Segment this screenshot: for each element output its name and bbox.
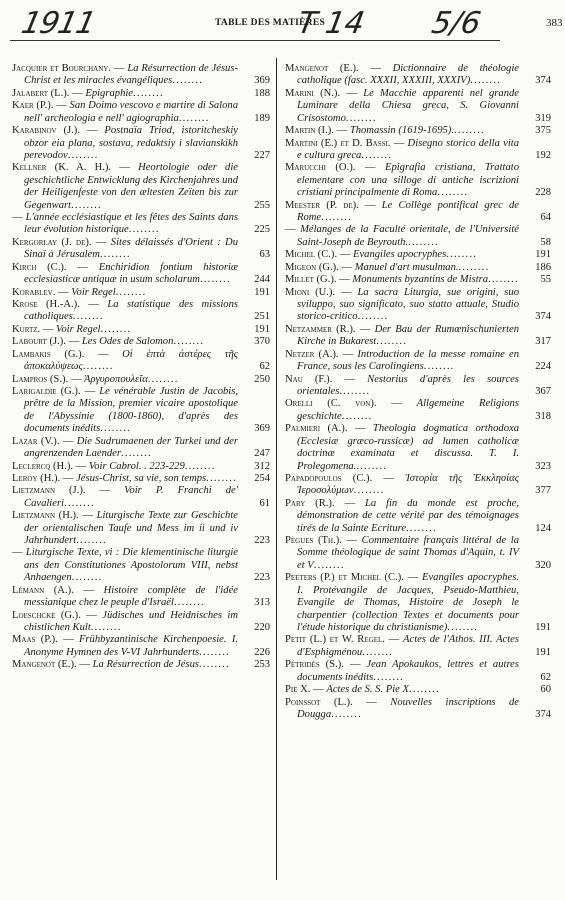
dot-leader: ........ (437, 187, 468, 198)
entry-author: Larigaldie (G.). (12, 386, 81, 397)
entry-text: Jalabert (L.). — Epigraphie........ (12, 88, 238, 100)
entry-separator: — (337, 249, 353, 260)
entry-separator: — (69, 88, 85, 99)
entry-author: Millet (G.). (285, 274, 337, 285)
entry-text: Leclercq (H.). — Voir Cabrol. . 223-229.… (12, 461, 238, 473)
entry-text: Korablev. — Voir Regel........ (12, 287, 238, 299)
index-entry: — Liturgische Texte, vi : Die klementini… (12, 547, 272, 584)
entry-text: Netzammer (R.). — Der Bau der Rumœnischu… (285, 324, 519, 349)
entry-page-number: 61 (260, 498, 271, 510)
entry-text: Marini (N.). — Le Macchie apparenti nel … (285, 88, 519, 125)
entry-text: Martini (E.) et D. Bassi. — Disegno stor… (285, 138, 519, 163)
index-entry: Pègues (Th.). — Commentaire français lit… (285, 535, 553, 572)
index-entry: Lietzmann (H.). — Liturgische Texte zur … (12, 510, 272, 547)
index-entry: Mangenot (E.). — La Résurrection de Jésu… (12, 659, 272, 671)
entry-author: Karabinov (J.). (12, 125, 80, 136)
dot-leader: ........ (470, 75, 501, 86)
entry-author: Kergorlay (J. de). (12, 237, 92, 248)
entry-page-number: 191 (535, 622, 551, 634)
index-column-left: Jacquier et Bourchany. — La Résurrection… (12, 63, 272, 672)
entry-page-number: 191 (254, 324, 270, 336)
dot-leader: ........ (424, 361, 455, 372)
entry-author: Kurtz. (12, 324, 40, 335)
index-entry: Petit (L.) et W. Regel. — Actes de l'Ath… (285, 634, 553, 659)
entry-text: Kellner (K. A. H.). — Heortologie oder d… (12, 162, 238, 212)
entry-text: Lietzmann (H.). — Liturgische Texte zur … (12, 510, 238, 547)
entry-title: Ἀργυροπουλεῖα (84, 374, 148, 385)
dot-leader: ........ (73, 311, 104, 322)
entry-page-number: 244 (254, 274, 270, 286)
dot-leader: ........ (331, 709, 362, 720)
index-entry: Pary (R.). — La fin du monde est proche,… (285, 498, 553, 535)
entry-title: Thomassin (1619-1695). (350, 125, 454, 136)
entry-text: Poinssot (L.). — Nouvelles inscriptions … (285, 697, 519, 722)
entry-author: Maas (P.). (12, 634, 58, 645)
page-number: 383 (546, 17, 563, 29)
index-entry: Marucchi (O.). — Epigrafia cristiana, Tr… (285, 162, 553, 199)
entry-page-number: 226 (254, 647, 270, 659)
entry-title: Monuments byzantins de Mistra (352, 274, 488, 285)
entry-page-number: 313 (254, 597, 270, 609)
entry-separator: — (80, 125, 104, 136)
entry-author: Lémann (A.). (12, 585, 74, 596)
entry-text: Labourt (J.). — Les Odes de Salomon.....… (12, 336, 238, 348)
index-entry: Lazar (V.). — Die Sudrumaenen der Turkei… (12, 436, 272, 461)
entry-text: — Liturgische Texte, vi : Die klementini… (12, 547, 238, 584)
entry-author: Lietzmann (J.). (12, 485, 86, 496)
index-entry: Martini (E.) et D. Bassi. — Disegno stor… (285, 138, 553, 163)
entry-text: Leroy (H.). — Jésus-Christ, sa vie, son … (12, 473, 238, 485)
entry-author: Korablev. (12, 287, 55, 298)
dot-leader: ........ (406, 523, 437, 534)
entry-page-number: 250 (254, 374, 270, 386)
entry-title: Voir Regel (71, 287, 115, 298)
entry-separator: — (59, 436, 76, 447)
dot-leader: ........ (83, 361, 114, 372)
entry-author: Pie X. (285, 684, 310, 695)
entry-separator: — (81, 386, 100, 397)
entry-page-number: 62 (260, 361, 271, 373)
entry-text: Lietzmann (J.). — Voir P. Franchi de' Ca… (12, 485, 238, 510)
entry-separator: — (66, 336, 82, 347)
index-entry: Jalabert (L.). — Epigraphie........188 (12, 88, 272, 100)
dot-leader: ........ (71, 200, 102, 211)
entry-author: Peeters (P.) et Michel (C.). (285, 572, 404, 583)
entry-separator: — (80, 299, 107, 310)
dot-leader: ........ (121, 448, 152, 459)
entry-author: Lampros (S.). (12, 374, 68, 385)
dot-leader: ........ (409, 684, 440, 695)
index-entry: Migeon (G.). — Manuel d'art musulman....… (285, 262, 553, 274)
entry-text: Loeschcke (G.). — Jüdisches und Heidnisc… (12, 610, 238, 635)
dot-leader: ........ (206, 473, 237, 484)
dot-leader: ........ (68, 150, 99, 161)
entry-text: Lazar (V.). — Die Sudrumaenen der Turkei… (12, 436, 238, 461)
entry-page-number: 124 (535, 523, 551, 535)
dot-leader: ........ (179, 113, 210, 124)
entry-text: Pary (R.). — La fin du monde est proche,… (285, 498, 519, 535)
page-header: 1911 TABLE DES MATIÈRES T 14 5/6 383 (0, 0, 565, 44)
index-entry: Mioni (U.). — La sacra Liturgia, sue ori… (285, 287, 553, 324)
entry-page-number: 367 (535, 386, 551, 398)
entry-page-number: 223 (254, 535, 270, 547)
dot-leader: ........ (200, 274, 231, 285)
entry-page-number: 323 (535, 461, 551, 473)
entry-author: Martin (I.). (285, 125, 334, 136)
entry-separator: — (68, 374, 84, 385)
index-entry: Pétridès (S.). — Jean Apokaukos, lettres… (285, 659, 553, 684)
entry-text: Michel (C.). — Evangiles apocryphes.....… (285, 249, 519, 261)
index-entry: Kurtz. — Voir Regel........191 (12, 324, 272, 336)
entry-separator: — (334, 125, 350, 136)
entry-page-number: 62 (541, 672, 552, 684)
entry-separator: — (337, 274, 353, 285)
dot-leader: ........ (354, 485, 385, 496)
index-entry: — Mélanges de la Faculté orientale, de l… (285, 224, 553, 249)
entry-separator: — (342, 535, 362, 546)
entry-separator: — (77, 659, 93, 670)
dot-leader: ........ (174, 597, 205, 608)
dot-leader: ........ (173, 336, 204, 347)
dot-leader: ........ (321, 212, 352, 223)
entry-author: Marini (N.). (285, 88, 340, 99)
handwritten-volume-annotation: T 14 (295, 6, 367, 41)
entry-separator: — (60, 473, 76, 484)
entry-author: Petit (L.) et W. Regel. (285, 634, 385, 645)
dot-leader: ........ (339, 386, 370, 397)
entry-author: Loeschcke (G.). (12, 610, 81, 621)
entry-page-number: 318 (535, 411, 551, 423)
index-entry: Netzammer (R.). — Der Bau der Rumœnischu… (285, 324, 553, 349)
entry-page-number: 64 (541, 212, 552, 224)
entry-page-number: 225 (254, 224, 270, 236)
entry-separator: — (339, 262, 355, 273)
entry-author: Jalabert (L.). (12, 88, 69, 99)
header-rule (10, 40, 500, 41)
entry-separator: — (344, 659, 367, 670)
dot-leader: ........ (356, 461, 387, 472)
entry-text: Mangenot (E.). — Dictionnaire de théolog… (285, 63, 519, 88)
entry-text: Pègues (Th.). — Commentaire français lit… (285, 535, 519, 572)
dot-leader: ........ (199, 647, 230, 658)
index-entry: Labourt (J.). — Les Odes de Salomon.....… (12, 336, 272, 348)
entry-title: Actes de S. S. Pie X (326, 684, 409, 695)
entry-author: Martini (E.) et D. Bassi. (285, 138, 391, 149)
entry-author: Marucchi (O.). (285, 162, 355, 173)
index-entry: Netzer (A.). — Introduction de la messe … (285, 349, 553, 374)
entry-separator: — (111, 162, 138, 173)
dot-leader: ........ (346, 113, 377, 124)
entry-author: Papadopoulos (C.). (285, 473, 372, 484)
entry-separator: — (377, 398, 417, 409)
dot-leader: ........ (447, 622, 478, 633)
entry-author: Migeon (G.). (285, 262, 339, 273)
entry-author: Pègues (Th.). (285, 535, 342, 546)
index-entry: Meester (P. de). — Le Collège pontifical… (285, 200, 553, 225)
entry-separator: — (391, 138, 408, 149)
entry-page-number: 63 (260, 249, 271, 261)
index-column-right: Mangenot (E.). — Dictionnaire de théolog… (285, 63, 553, 721)
entry-separator: — (310, 684, 326, 695)
entry-separator: — (355, 162, 385, 173)
entry-separator: — (111, 63, 127, 74)
dot-leader: ........ (100, 249, 131, 260)
dot-leader: ........ (133, 88, 164, 99)
entry-page-number: 228 (535, 187, 551, 199)
entry-page-number: 192 (535, 150, 551, 162)
entry-title: Jésus-Christ, sa vie, son temps (76, 473, 206, 484)
entry-page-number: 374 (535, 709, 551, 721)
entry-text: Orelli (C. von). — Allgemeine Religions … (285, 398, 519, 423)
entry-author: Krose (H.-A.). (12, 299, 80, 310)
entry-text: Larigaldie (G.). — Le vénérable Justin d… (12, 386, 238, 436)
entry-separator: — (84, 349, 122, 360)
entry-title: Voir Cabrol. . 223-229 (89, 461, 185, 472)
entry-author: Pary (R.). (285, 498, 335, 509)
entry-separator: — (339, 349, 358, 360)
entry-text: — Mélanges de la Faculté orientale, de l… (285, 224, 519, 249)
entry-separator: — (40, 324, 56, 335)
entry-separator: — (55, 287, 71, 298)
entry-separator: — (12, 547, 26, 558)
index-entry: Jacquier et Bourchany. — La Résurrection… (12, 63, 272, 88)
dot-leader: ........ (488, 274, 519, 285)
entry-author: Lietzmann (H.). (12, 510, 79, 521)
entry-author: Poinssot (L.). (285, 697, 353, 708)
index-entry: Krose (H.-A.). — La statistique des miss… (12, 299, 272, 324)
entry-separator: — (74, 585, 104, 596)
index-entry: Palmieri (A.). — Theologia dogmatica ort… (285, 423, 553, 473)
entry-page-number: 320 (535, 560, 551, 572)
index-entry: Loeschcke (G.). — Jüdisches und Heidnisc… (12, 610, 272, 635)
dot-leader: ........ (100, 423, 131, 434)
entry-separator: — (53, 100, 69, 111)
entry-page-number: 186 (535, 262, 551, 274)
entry-separator: — (340, 88, 363, 99)
entry-text: Lémann (A.). — Histoire complète de l'id… (12, 585, 238, 610)
entry-text: — L'année ecclésiastique et les fêtes de… (12, 212, 238, 237)
index-entry: Kergorlay (J. de). — Sites délaissés d'O… (12, 237, 272, 262)
entry-page-number: 247 (254, 448, 270, 460)
dot-leader: ........ (408, 237, 439, 248)
entry-page-number: 312 (254, 461, 270, 473)
entry-author: Leclercq (H.). (12, 461, 73, 472)
index-entry: Poinssot (L.). — Nouvelles inscriptions … (285, 697, 553, 722)
dot-leader: ........ (148, 374, 179, 385)
index-entry: Orelli (C. von). — Allgemeine Religions … (285, 398, 553, 423)
index-entry: Mangenot (E.). — Dictionnaire de théolog… (285, 63, 553, 88)
entry-text: Krose (H.-A.). — La statistique des miss… (12, 299, 238, 324)
entry-author: Meester (P. de). (285, 200, 359, 211)
entry-author: Kellner (K. A. H.). (12, 162, 111, 173)
entry-text: Lampros (S.). — Ἀργυροπουλεῖα........ (12, 374, 238, 386)
entry-text: Martin (I.). — Thomassin (1619-1695)....… (285, 125, 519, 137)
entry-text: Jacquier et Bourchany. — La Résurrection… (12, 63, 238, 88)
entry-page-number: 191 (535, 249, 551, 261)
dot-leader: ........ (373, 672, 404, 683)
entry-text: Mioni (U.). — La sacra Liturgia, sue ori… (285, 287, 519, 324)
index-entry: Peeters (P.) et Michel (C.). — Evangiles… (285, 572, 553, 634)
entry-text: Kirch (C.). — Enchiridion fontium histor… (12, 262, 238, 287)
entry-title: Liturgische Texte, vi : Die klementinisc… (24, 547, 238, 583)
entry-separator: — (86, 485, 125, 496)
entry-author: Palmieri (A.). (285, 423, 347, 434)
entry-page-number: 377 (535, 485, 551, 497)
entry-author: Nau (F.). (285, 374, 332, 385)
entry-author: Labourt (J.). (12, 336, 66, 347)
entry-author: Kirch (C.). (12, 262, 67, 273)
dot-leader: ........ (100, 324, 131, 335)
entry-page-number: 223 (254, 572, 270, 584)
entry-text: Palmieri (A.). — Theologia dogmatica ort… (285, 423, 519, 473)
entry-page-number: 191 (254, 287, 270, 299)
entry-author: Orelli (C. von). (285, 398, 377, 409)
handwritten-issue-annotation: 5/6 (429, 6, 483, 41)
index-entry: Papadopoulos (C.). — Ἱστορία τῆς Ἐκκλησί… (285, 473, 553, 498)
entry-separator: — (58, 634, 79, 645)
entry-text: Mangenot (E.). — La Résurrection de Jésu… (12, 659, 238, 671)
entry-page-number: 369 (254, 75, 270, 87)
index-entry: Nau (F.). — Nestorius d'après les source… (285, 374, 553, 399)
dot-leader: ........ (314, 560, 345, 571)
entry-text: Pétridès (S.). — Jean Apokaukos, lettres… (285, 659, 519, 684)
entry-author: Netzammer (R.). (285, 324, 356, 335)
entry-page-number: 55 (541, 274, 552, 286)
entry-text: Maas (P.). — Frühbyzantinische Kirchenpo… (12, 634, 238, 659)
index-entry: Lampros (S.). — Ἀργυροπουλεῖα........250 (12, 374, 272, 386)
entry-author: Netzer (A.). (285, 349, 339, 360)
entry-page-number: 191 (535, 647, 551, 659)
entry-title: Les Odes de Salomon (82, 336, 174, 347)
index-entry: Lietzmann (J.). — Voir P. Franchi de' Ca… (12, 485, 272, 510)
column-divider (276, 58, 277, 880)
index-entry: Pie X. — Actes de S. S. Pie X........60 (285, 684, 553, 696)
dot-leader: ........ (64, 498, 95, 509)
entry-page-number: 319 (535, 113, 551, 125)
dot-leader: ........ (342, 411, 373, 422)
entry-author: Mangenot (E.). (12, 659, 77, 670)
entry-page-number: 253 (254, 659, 270, 671)
entry-page-number: 375 (535, 125, 551, 137)
entry-text: Kaer (P.). — San Doimo vescovo e martire… (12, 100, 238, 125)
entry-separator: — (92, 237, 111, 248)
entry-page-number: 58 (541, 237, 552, 249)
dot-leader: ........ (361, 150, 392, 161)
entry-page-number: 370 (254, 336, 270, 348)
index-entry: Karabinov (J.). — Postnaïa Triod, istori… (12, 125, 272, 162)
entry-text: Peeters (P.) et Michel (C.). — Evangiles… (285, 572, 519, 634)
entry-separator: — (404, 572, 422, 583)
entry-page-number: 189 (254, 113, 270, 125)
dot-leader: ........ (185, 461, 216, 472)
entry-separator: — (385, 634, 403, 645)
entry-text: Kurtz. — Voir Regel........ (12, 324, 238, 336)
entry-author: Kaer (P.). (12, 100, 53, 111)
index-entry: Leclercq (H.). — Voir Cabrol. . 223-229.… (12, 461, 272, 473)
dot-leader: ........ (172, 75, 203, 86)
dot-leader: ........ (358, 311, 389, 322)
entry-separator: — (73, 461, 89, 472)
index-entry: Kaer (P.). — San Doimo vescovo e martire… (12, 100, 272, 125)
index-entry: Lambakis (G.). — Οἱ ἑπτὰ ἀστέρες τῆς ἀπο… (12, 349, 272, 374)
entry-page-number: 220 (254, 622, 270, 634)
entry-page-number: 227 (254, 150, 270, 162)
dot-leader: ........ (129, 224, 160, 235)
entry-title: Epigraphie (85, 88, 133, 99)
entry-separator: — (67, 262, 99, 273)
dot-leader: ........ (362, 647, 393, 658)
dot-leader: ........ (376, 336, 407, 347)
entry-separator: — (359, 200, 382, 211)
entry-text: Pie X. — Actes de S. S. Pie X........ (285, 684, 519, 696)
entry-text: Kergorlay (J. de). — Sites délaissés d'O… (12, 237, 238, 262)
entry-author: Michel (C.). (285, 249, 337, 260)
index-entry: Martin (I.). — Thomassin (1619-1695)....… (285, 125, 553, 137)
entry-separator: — (372, 473, 405, 484)
entry-author: Jacquier et Bourchany. (12, 63, 111, 74)
entry-page-number: 224 (535, 361, 551, 373)
entry-text: Lambakis (G.). — Οἱ ἑπτὰ ἀστέρες τῆς ἀπο… (12, 349, 238, 374)
index-entry: Korablev. — Voir Regel........191 (12, 287, 272, 299)
entry-separator: — (347, 423, 372, 434)
index-entry: Michel (C.). — Evangiles apocryphes.....… (285, 249, 553, 261)
entry-separator: — (81, 610, 102, 621)
entry-page-number: 60 (541, 684, 552, 696)
entry-separator: — (356, 324, 375, 335)
entry-text: Millet (G.). — Monuments byzantins de Mi… (285, 274, 519, 286)
index-entry: — L'année ecclésiastique et les fêtes de… (12, 212, 272, 237)
entry-author: Leroy (H.). (12, 473, 60, 484)
index-entry: Kellner (K. A. H.). — Heortologie oder d… (12, 162, 272, 212)
entry-title: Manuel d'art musulman. (355, 262, 459, 273)
entry-separator: — (332, 374, 367, 385)
entry-title: Evangiles apocryphes (353, 249, 446, 260)
handwritten-year-annotation: 1911 (18, 6, 98, 41)
dot-leader: ........ (72, 572, 103, 583)
entry-author: Lambakis (G.). (12, 349, 84, 360)
dot-leader: ........ (76, 535, 107, 546)
dot-leader: ........ (446, 249, 477, 260)
entry-author: Lazar (V.). (12, 436, 59, 447)
entry-separator: — (285, 224, 300, 235)
dot-leader: ........ (199, 659, 230, 670)
entry-separator: — (335, 287, 357, 298)
entry-title: La Résurrection de Jésus (93, 659, 199, 670)
entry-separator: — (79, 510, 97, 521)
entry-text: Netzer (A.). — Introduction de la messe … (285, 349, 519, 374)
dot-leader: ........ (116, 287, 147, 298)
index-entry: Larigaldie (G.). — Le vénérable Justin d… (12, 386, 272, 436)
entry-text: Petit (L.) et W. Regel. — Actes de l'Ath… (285, 634, 519, 659)
entry-text: Karabinov (J.). — Postnaïa Triod, istori… (12, 125, 238, 162)
entry-text: Marucchi (O.). — Epigrafia cristiana, Tr… (285, 162, 519, 199)
index-entry: Kirch (C.). — Enchiridion fontium histor… (12, 262, 272, 287)
entry-separator: — (12, 212, 26, 223)
entry-page-number: 374 (535, 75, 551, 87)
entry-title: Voir Regel (56, 324, 100, 335)
entry-page-number: 255 (254, 200, 270, 212)
entry-separator: — (353, 697, 391, 708)
entry-page-number: 188 (254, 88, 270, 100)
index-entry: Millet (G.). — Monuments byzantins de Mi… (285, 274, 553, 286)
entry-author: Mangenot (E.). (285, 63, 359, 74)
entry-page-number: 374 (535, 311, 551, 323)
entry-text: Nau (F.). — Nestorius d'après les source… (285, 374, 519, 399)
entry-text: Papadopoulos (C.). — Ἱστορία τῆς Ἐκκλησί… (285, 473, 519, 498)
index-entry: Marini (N.). — Le Macchie apparenti nel … (285, 88, 553, 125)
entry-page-number: 317 (535, 336, 551, 348)
index-entry: Leroy (H.). — Jésus-Christ, sa vie, son … (12, 473, 272, 485)
